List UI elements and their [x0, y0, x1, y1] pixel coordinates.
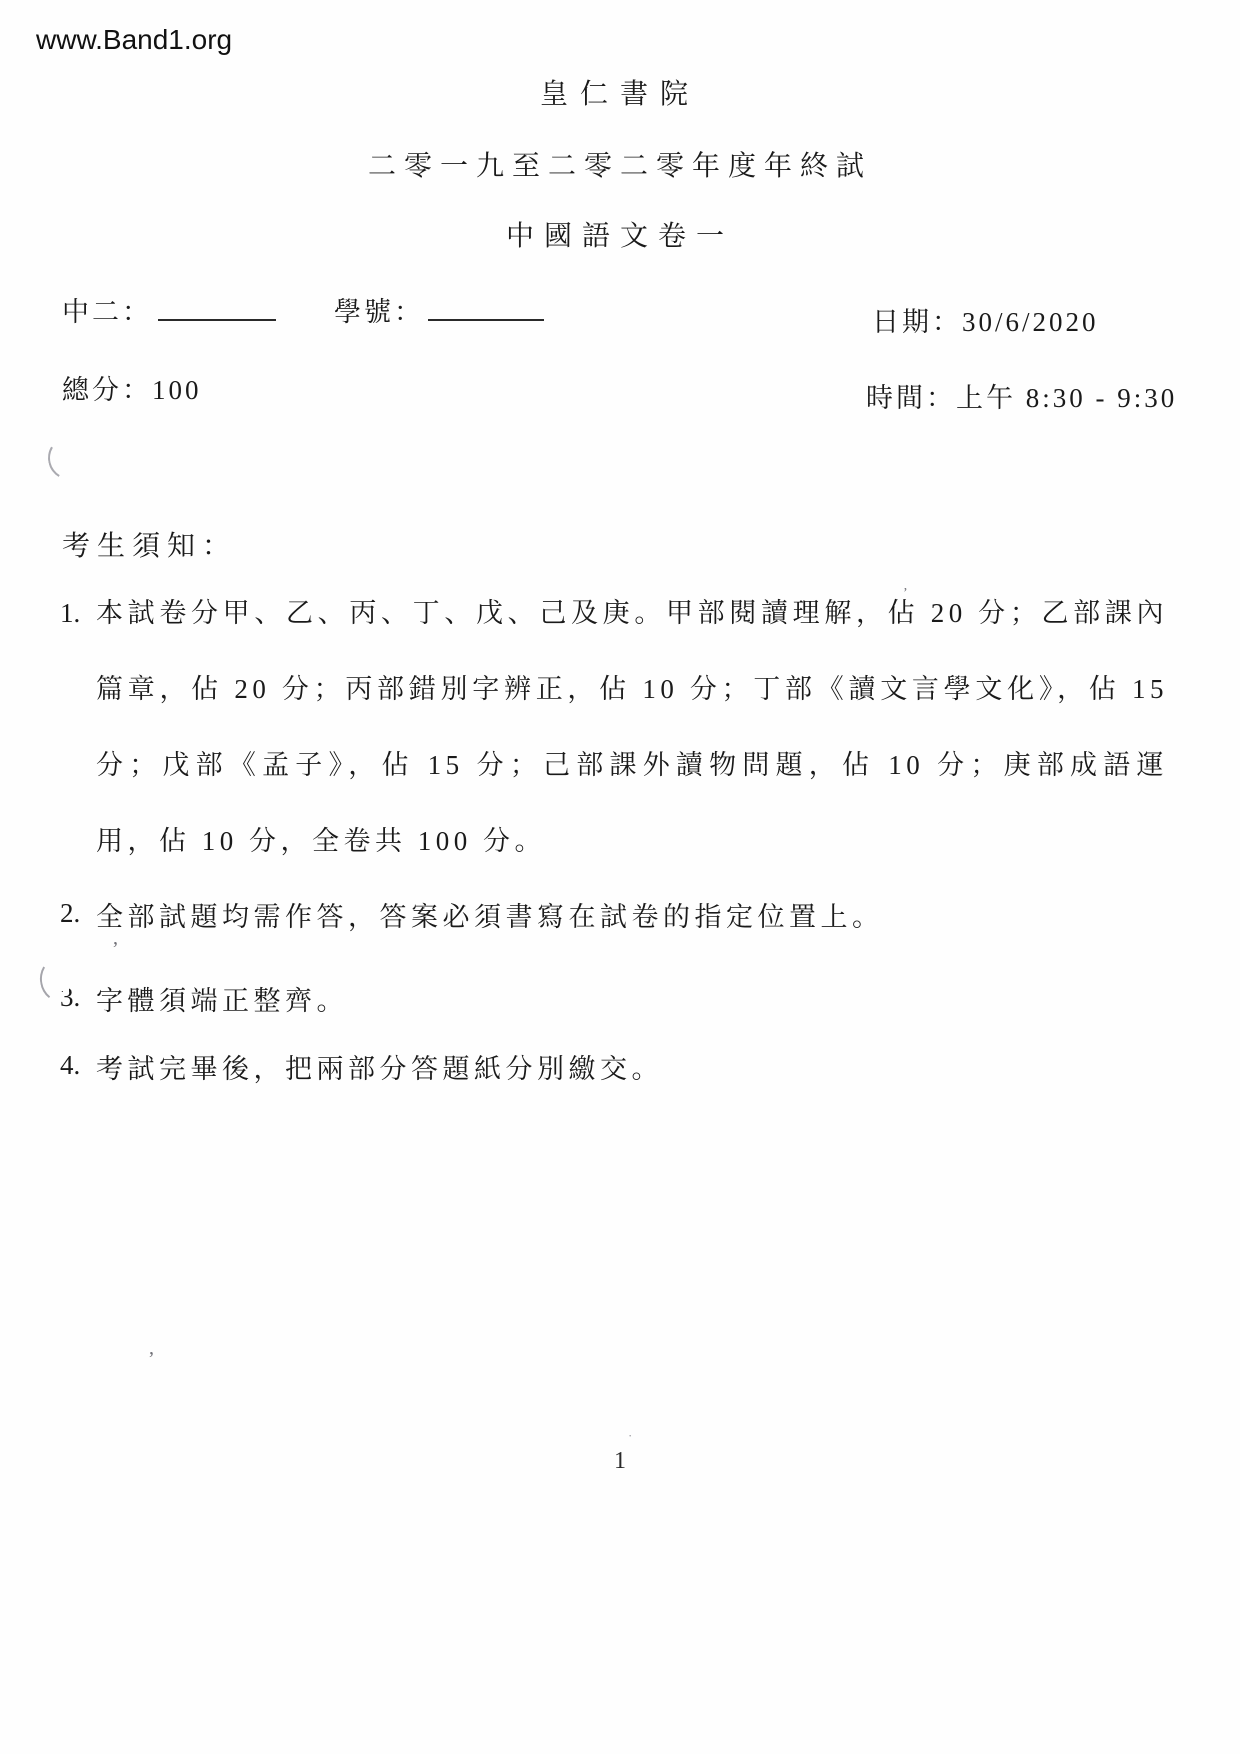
student-no-label: 學號： — [334, 297, 424, 327]
total-score-value: 100 — [152, 375, 202, 405]
notice-item-2: 2. 全部試題均需作答，答案必須書寫在試卷的指定位置上。 — [60, 898, 884, 937]
scan-artifact-patch — [56, 982, 69, 991]
time-label: 時間： — [866, 383, 956, 413]
notice-item-1: 1. 本試卷分甲、乙、丙、丁、戊、己及庚。甲部閱讀理解，佔 20 分；乙部課內篇… — [60, 575, 1168, 879]
time-value: 上午 8:30 - 9:30 — [956, 383, 1177, 413]
student-no-blank-line — [428, 292, 544, 321]
class-blank-line — [158, 292, 276, 321]
scan-artifact-speck: ’ — [903, 586, 908, 602]
page-number: 1 — [0, 1448, 1240, 1475]
total-score-label: 總分： — [62, 375, 152, 405]
notice-item-3: 3. 字體須端正整齊。 — [60, 982, 348, 1021]
notice-item-4-text: 考試完畢後，把兩部分答題紙分別繳交。 — [96, 1050, 663, 1089]
date-row: 日期：30/6/2020 — [872, 300, 1099, 339]
student-info-row: 中二：學號： — [62, 290, 550, 329]
scan-artifact-speck: ’ — [112, 938, 119, 961]
scan-artifact-arc — [43, 431, 96, 484]
scan-artifact-speck: · — [628, 1428, 632, 1444]
scan-artifact-speck: ’ — [148, 1348, 155, 1371]
notice-item-4: 4. 考試完畢後，把兩部分答題紙分別繳交。 — [60, 1050, 663, 1089]
notice-item-2-number: 2. — [60, 898, 96, 929]
class-label: 中二： — [62, 297, 152, 327]
time-row: 時間：上午 8:30 - 9:30 — [866, 376, 1177, 415]
date-label: 日期： — [872, 307, 962, 337]
notice-item-4-number: 4. — [60, 1050, 96, 1081]
paper-title: 中國語文卷一 — [0, 214, 1240, 254]
watermark-url: www.Band1.org — [36, 24, 232, 56]
notice-item-1-text: 本試卷分甲、乙、丙、丁、戊、己及庚。甲部閱讀理解，佔 20 分；乙部課內篇章，佔… — [96, 575, 1168, 879]
exam-title: 二零一九至二零二零年度年終試 — [0, 144, 1240, 184]
date-value: 30/6/2020 — [962, 307, 1099, 337]
school-name: 皇仁書院 — [0, 72, 1240, 112]
total-score-row: 總分：100 — [62, 368, 202, 407]
notice-item-2-text: 全部試題均需作答，答案必須書寫在試卷的指定位置上。 — [96, 898, 884, 937]
notice-item-1-number: 1. — [60, 575, 96, 651]
notice-item-3-text: 字體須端正整齊。 — [96, 982, 348, 1021]
candidate-notice-heading: 考生須知： — [62, 524, 237, 564]
exam-paper-page: www.Band1.org 皇仁書院 二零一九至二零二零年度年終試 中國語文卷一… — [0, 0, 1240, 1754]
